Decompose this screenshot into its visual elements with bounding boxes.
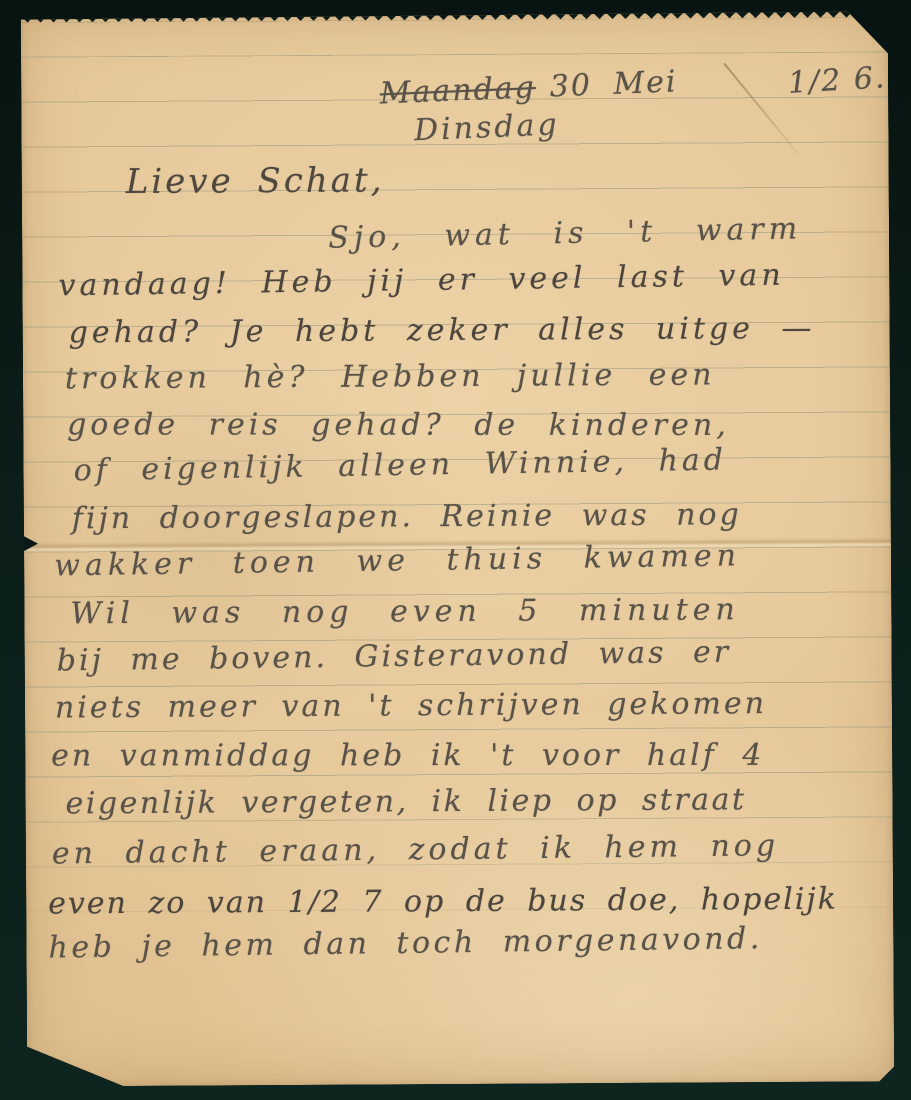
handwriting-line: niets meer van 't schrijven gekomen bbox=[55, 686, 767, 725]
handwriting-line: fijn doorgeslapen. Reinie was nog bbox=[72, 497, 742, 536]
handwriting-line: en vanmiddag heb ik 't voor half 4 bbox=[51, 738, 764, 774]
salutation: Lieve Schat, bbox=[126, 160, 385, 202]
perforated-edge bbox=[21, 11, 888, 22]
date-text: 30 Mei bbox=[549, 64, 678, 104]
corrected-day: Dinsdag bbox=[413, 107, 560, 148]
handwriting-line: eigenlijk vergeten, ik liep op straat bbox=[65, 782, 746, 821]
handwriting-line: Wil was nog even 5 minuten bbox=[70, 592, 740, 631]
handwriting-line: even zo van 1/2 7 op de bus doe, hopelij… bbox=[48, 882, 838, 922]
letter-paper: Maandag30 Mei 1/2 6. Dinsdag Lieve Schat… bbox=[21, 11, 895, 1086]
scanned-letter-scene: Maandag30 Mei 1/2 6. Dinsdag Lieve Schat… bbox=[0, 0, 911, 1100]
handwriting-line: gehad? Je hebt zeker alles uitge — bbox=[69, 311, 816, 351]
time-note: 1/2 6. bbox=[787, 60, 887, 101]
handwriting-line: goede reis gehad? de kinderen, bbox=[67, 407, 730, 443]
crossed-out-day: Maandag bbox=[379, 70, 536, 111]
handwriting-line: trokken hè? Hebben jullie een bbox=[65, 357, 716, 396]
